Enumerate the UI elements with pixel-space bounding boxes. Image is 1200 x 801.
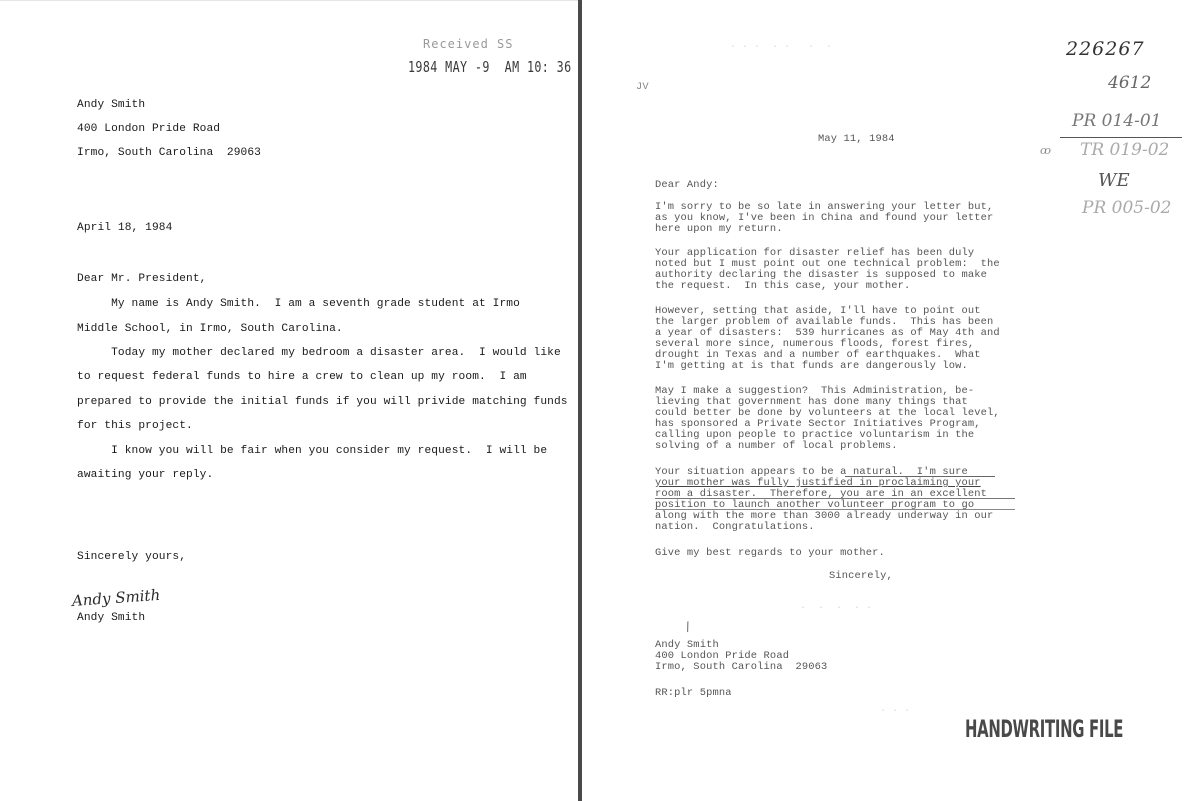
body-line: several more since, numerous floods, for… — [655, 339, 974, 350]
sender-name: Andy Smith — [77, 99, 145, 111]
body-line: Give my best regards to your mother. — [655, 548, 885, 559]
handwritten-note: TR 019-02 — [1080, 140, 1169, 160]
recipient-street: 400 London Pride Road — [655, 651, 789, 662]
typed-name: Andy Smith — [77, 612, 145, 624]
sender-street: 400 London Pride Road — [77, 123, 220, 135]
recipient-name: Andy Smith — [655, 640, 719, 651]
letter-date: April 18, 1984 — [77, 222, 172, 234]
handwritten-initials: ꝏ — [1040, 144, 1051, 157]
received-stamp-datetime: 1984 MAY -9 AM 10: 36 — [408, 58, 572, 76]
body-line: lieving that government has done many th… — [655, 397, 968, 408]
body-line: I'm sorry to be so late in answering you… — [655, 202, 993, 213]
reply-salutation: Dear Andy: — [655, 180, 719, 191]
body-line: for this project. — [77, 420, 193, 432]
closing: Sincerely yours, — [77, 551, 186, 563]
body-line: the larger problem of available funds. T… — [655, 317, 993, 328]
recipient-city: Irmo, South Carolina 29063 — [655, 662, 827, 673]
incoming-letter-page: Received SS 1984 MAY -9 AM 10: 36 Andy S… — [0, 0, 578, 801]
hand-underline — [655, 498, 1015, 499]
handwritten-note: 226267 — [1066, 38, 1145, 60]
body-line: I'm getting at is that funds are dangero… — [655, 361, 968, 372]
body-line: Middle School, in Irmo, South Carolina. — [77, 323, 343, 335]
body-line: authority declaring the disaster is supp… — [655, 270, 987, 281]
body-line: prepared to provide the initial funds if… — [77, 396, 568, 408]
body-line: calling upon people to practice voluntar… — [655, 430, 974, 441]
body-line: However, setting that aside, I'll have t… — [655, 306, 981, 317]
body-line: I know you will be fair when you conside… — [77, 445, 547, 457]
handwritten-note: PR 014-01 — [1072, 111, 1161, 131]
body-line: to request federal funds to hire a crew … — [77, 371, 527, 383]
body-line: nation. Congratulations. — [655, 522, 815, 533]
salutation: Dear Mr. President, — [77, 273, 206, 285]
received-stamp-label: Received SS — [423, 37, 513, 51]
body-line-underlined: your mother was fully justified in procl… — [655, 478, 981, 489]
body-line: solving of a number of local problems. — [655, 441, 898, 452]
body-line: has sponsored a Private Sector Initiativ… — [655, 419, 981, 430]
handwritten-signature: Andy Smith — [71, 586, 160, 610]
reference-initials: RR:plr 5pmna — [655, 688, 732, 699]
body-line: could better be done by volunteers at th… — [655, 408, 1000, 419]
body-line: My name is Andy Smith. I am a seventh gr… — [77, 298, 520, 310]
body-line: a year of disasters: 539 hurricanes as o… — [655, 328, 1000, 339]
reply-closing: Sincerely, — [829, 571, 893, 582]
body-line: as you know, I've been in China and foun… — [655, 213, 993, 224]
handwriting-file-stamp: HANDWRITING FILE — [965, 715, 1123, 743]
body-line: May I make a suggestion? This Administra… — [655, 386, 974, 397]
sender-city: Irmo, South Carolina 29063 — [77, 147, 261, 159]
faint-mark: · · · — [880, 706, 910, 717]
reply-date: May 11, 1984 — [818, 134, 895, 145]
handwritten-note: PR 005-02 — [1082, 198, 1171, 218]
body-line: here upon my return. — [655, 224, 783, 235]
body-line: Your application for disaster relief has… — [655, 248, 974, 259]
faint-letterhead: · · · · · · · — [730, 42, 832, 53]
body-line: noted but I must point out one technical… — [655, 259, 1000, 270]
body-line: Today my mother declared my bedroom a di… — [77, 347, 561, 359]
hand-underline — [655, 509, 1015, 510]
initials-mark: JV — [636, 82, 649, 93]
body-line: along with the more than 3000 already un… — [655, 511, 993, 522]
handwritten-note: 4612 — [1108, 73, 1151, 93]
body-line: the request. In this case, your mother. — [655, 281, 910, 292]
body-line: drought in Texas and a number of earthqu… — [655, 350, 981, 361]
handwritten-note: WE — [1098, 170, 1130, 191]
handwritten-rule — [1060, 137, 1182, 138]
faint-signature-area: · · · · · — [800, 603, 872, 614]
hand-underline — [845, 476, 995, 477]
body-line: awaiting your reply. — [77, 469, 213, 481]
